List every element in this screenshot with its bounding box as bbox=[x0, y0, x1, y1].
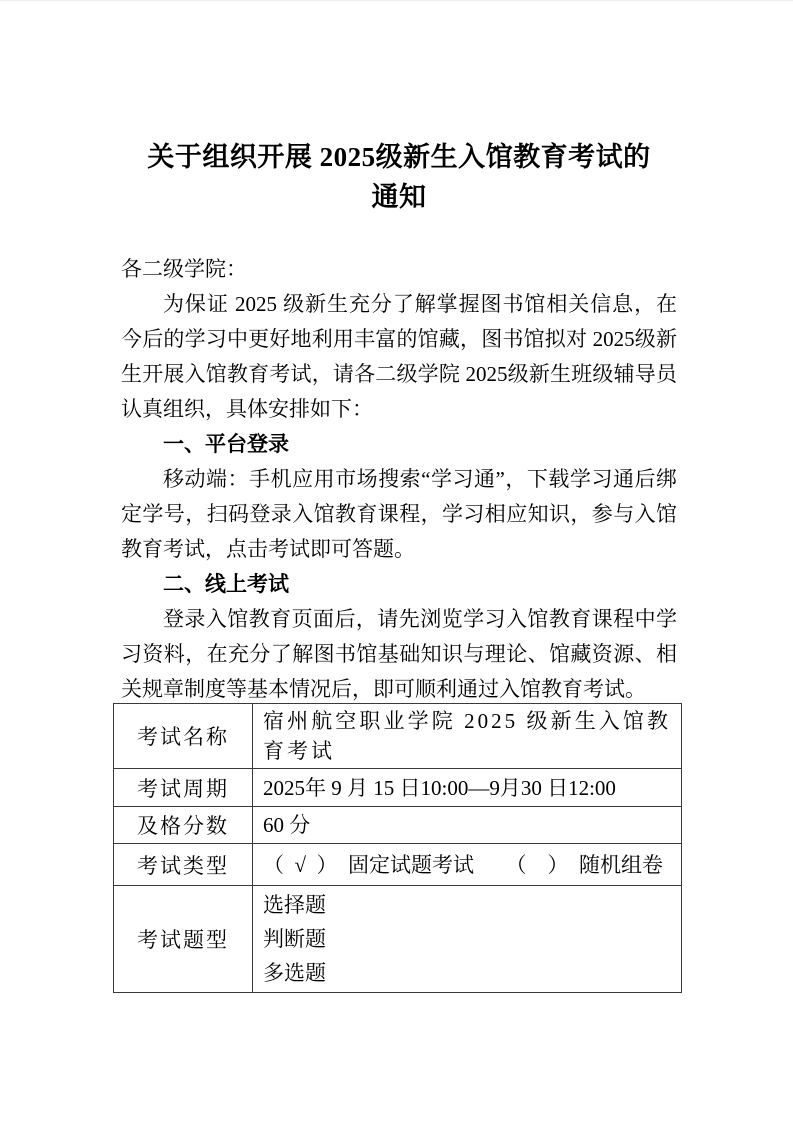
table-row-pass-score: 及格分数 60 分 bbox=[114, 807, 682, 844]
exam-type-label: 考试类型 bbox=[114, 844, 253, 886]
document-page: 关于组织开展 2025级新生入馆教育考试的 通知 各二级学院： 为保证 2025… bbox=[0, 0, 793, 1122]
table-row-exam-type: 考试类型 （ √ ） 固定试题考试 （ ） 随机组卷 bbox=[114, 844, 682, 886]
exam-period-value: 2025年 9 月 15 日10:00—9月30 日12:00 bbox=[253, 769, 682, 807]
document-title-line-1: 关于组织开展 2025级新生入馆教育考试的 bbox=[121, 137, 677, 177]
section-body-platform-login: 移动端：手机应用市场搜索“学习通”，下载学习通后绑定学号，扫码登录入馆教育课程，… bbox=[121, 462, 677, 567]
document-content: 关于组织开展 2025级新生入馆教育考试的 通知 各二级学院： 为保证 2025… bbox=[121, 1, 677, 993]
exam-info-table: 考试名称 宿州航空职业学院 2025 级新生入馆教育考试 考试周期 2025年 … bbox=[113, 703, 682, 993]
salutation: 各二级学院： bbox=[121, 252, 677, 287]
question-type-choice: 选择题 bbox=[263, 888, 671, 922]
question-types-label: 考试题型 bbox=[114, 886, 253, 993]
question-type-true-false: 判断题 bbox=[263, 922, 671, 956]
section-heading-online-exam: 二、线上考试 bbox=[121, 567, 677, 602]
pass-score-label: 及格分数 bbox=[114, 807, 253, 844]
table-row-exam-period: 考试周期 2025年 9 月 15 日10:00—9月30 日12:00 bbox=[114, 769, 682, 807]
intro-paragraph: 为保证 2025 级新生充分了解掌握图书馆相关信息，在今后的学习中更好地利用丰富… bbox=[121, 287, 677, 427]
document-title-line-2: 通知 bbox=[121, 177, 677, 217]
question-types-value: 选择题 判断题 多选题 bbox=[253, 886, 682, 993]
exam-period-label: 考试周期 bbox=[114, 769, 253, 807]
document-title: 关于组织开展 2025级新生入馆教育考试的 通知 bbox=[121, 137, 677, 217]
exam-name-value: 宿州航空职业学院 2025 级新生入馆教育考试 bbox=[253, 704, 682, 769]
section-body-online-exam: 登录入馆教育页面后，请先浏览学习入馆教育课程中学习资料，在充分了解图书馆基础知识… bbox=[121, 602, 677, 707]
exam-name-label: 考试名称 bbox=[114, 704, 253, 769]
question-type-multi-choice: 多选题 bbox=[263, 956, 671, 990]
section-heading-platform-login: 一、平台登录 bbox=[121, 427, 677, 462]
pass-score-value: 60 分 bbox=[253, 807, 682, 844]
exam-type-value: （ √ ） 固定试题考试 （ ） 随机组卷 bbox=[253, 844, 682, 886]
table-row-question-types: 考试题型 选择题 判断题 多选题 bbox=[114, 886, 682, 993]
table-row-exam-name: 考试名称 宿州航空职业学院 2025 级新生入馆教育考试 bbox=[114, 704, 682, 769]
